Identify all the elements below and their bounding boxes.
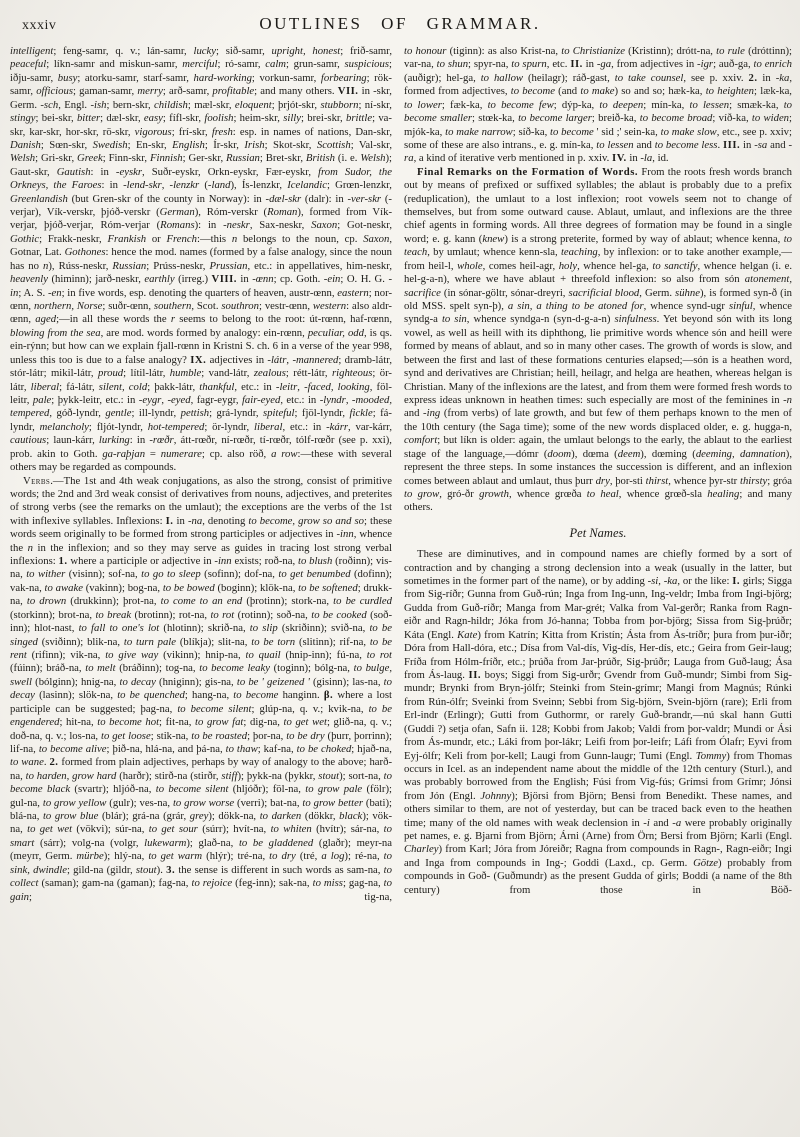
paragraph: These are diminutives, and in compound n… <box>404 548 792 897</box>
pet-names-heading: Pet Names. <box>404 527 792 540</box>
page-number: xxxiv <box>22 18 56 34</box>
page: xxxiv OUTLINES OF GRAMMAR. intelligent; … <box>0 0 800 1137</box>
paragraph: to honour (tiginn): as also Krist-na, to… <box>404 45 792 166</box>
page-title: OUTLINES OF GRAMMAR. <box>0 12 800 34</box>
column-right: to honour (tiginn): as also Krist-na, to… <box>404 45 792 1129</box>
column-left: intelligent; feng-samr, q. v.; lán-samr,… <box>10 45 392 1129</box>
page-header: xxxiv OUTLINES OF GRAMMAR. <box>0 12 800 38</box>
paragraph: intelligent; feng-samr, q. v.; lán-samr,… <box>10 45 392 475</box>
text-columns: intelligent; feng-samr, q. v.; lán-samr,… <box>10 45 792 1129</box>
paragraph: Verbs.—The 1st and 4th weak conjugations… <box>10 475 392 905</box>
paragraph: Final Remarks on the Formation of Words.… <box>404 166 792 515</box>
